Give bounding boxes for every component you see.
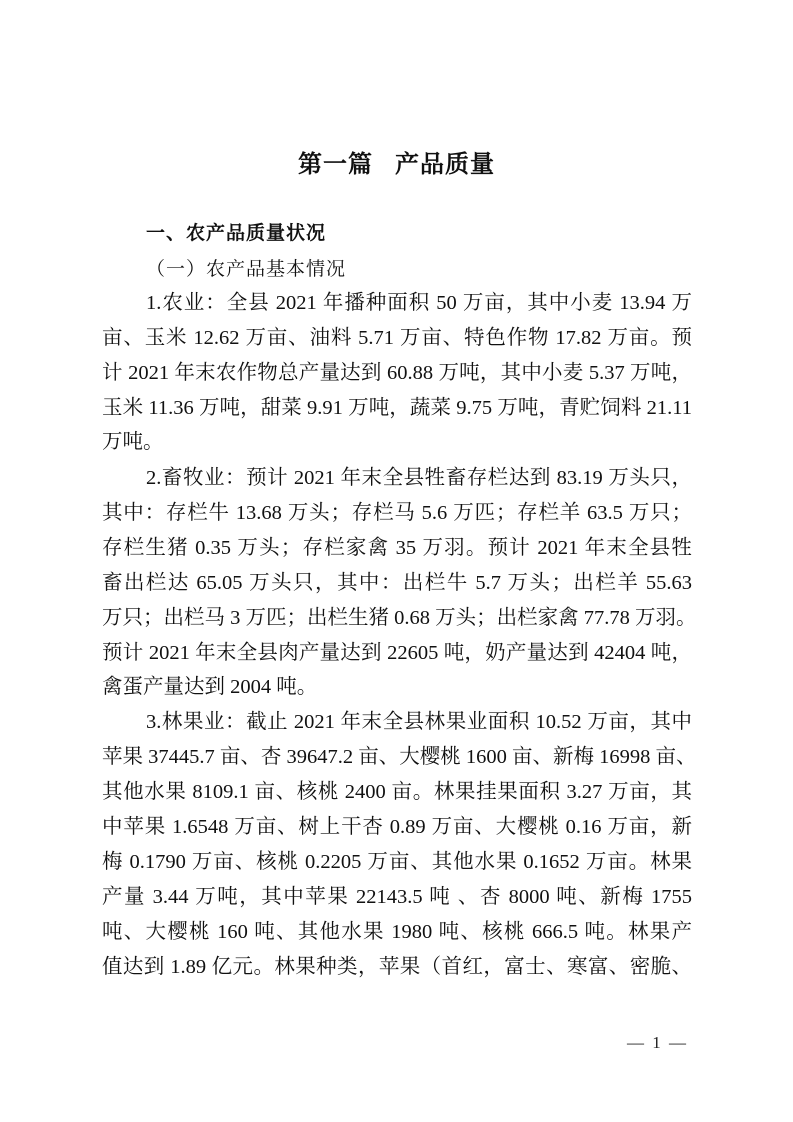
text-line: 中苹果 1.6548 万亩、树上干杏 0.89 万亩、大樱桃 0.16 万亩，新 — [102, 812, 692, 842]
text-line: 3.林果业：截止 2021 年末全县林果业面积 10.52 万亩，其中 — [146, 707, 692, 737]
text-line: 禽蛋产量达到 2004 吨。 — [102, 672, 692, 702]
text-line: 其他水果 8109.1 亩、核桃 2400 亩。林果挂果面积 3.27 万亩，其 — [102, 777, 692, 807]
text-line: 2.畜牧业：预计 2021 年末全县牲畜存栏达到 83.19 万头只， — [146, 463, 692, 493]
subsection-heading: （一）农产品基本情况 — [146, 254, 346, 281]
text-line: 玉米 11.36 万吨，甜菜 9.91 万吨，蔬菜 9.75 万吨，青贮饲料 2… — [102, 393, 692, 423]
text-line: 苹果 37445.7 亩、杏 39647.2 亩、大樱桃 1600 亩、新梅 1… — [102, 742, 692, 772]
text-line: 万吨。 — [102, 427, 692, 457]
chapter-title: 第一篇产品质量 — [0, 144, 793, 179]
text-line: 万只；出栏马 3 万匹；出栏生猪 0.68 万头；出栏家禽 77.78 万羽。 — [102, 603, 692, 633]
chapter-name: 产品质量 — [395, 149, 495, 178]
text-line: 畜出栏达 65.05 万头只，其中：出栏牛 5.7 万头；出栏羊 55.63 — [102, 568, 692, 598]
text-line: 产量 3.44 万吨，其中苹果 22143.5 吨 、杏 8000 吨、新梅 1… — [102, 882, 692, 912]
text-line: 预计 2021 年末全县肉产量达到 22605 吨，奶产量达到 42404 吨， — [102, 638, 692, 668]
text-line: 1.农业：全县 2021 年播种面积 50 万亩，其中小麦 13.94 万 — [146, 288, 692, 318]
text-line: 计 2021 年末农作物总产量达到 60.88 万吨，其中小麦 5.37 万吨， — [102, 358, 692, 388]
text-line: 吨、大樱桃 160 吨、其他水果 1980 吨、核桃 666.5 吨。林果产 — [102, 917, 692, 947]
text-line: 其中：存栏牛 13.68 万头；存栏马 5.6 万匹；存栏羊 63.5 万只； — [102, 498, 692, 528]
page-number: — 1 — — [627, 1033, 688, 1053]
text-line: 存栏生猪 0.35 万头；存栏家禽 35 万羽。预计 2021 年末全县牲 — [102, 533, 692, 563]
chapter-number: 第一篇 — [298, 149, 373, 178]
section-heading: 一、农产品质量状况 — [146, 218, 326, 245]
document-page: 第一篇产品质量 一、农产品质量状况 （一）农产品基本情况 1.农业：全县 202… — [0, 0, 793, 1122]
text-line: 梅 0.1790 万亩、核桃 0.2205 万亩、其他水果 0.1652 万亩。… — [102, 847, 692, 877]
text-line: 值达到 1.89 亿元。林果种类，苹果（首红，富士、寒富、密脆、 — [102, 952, 692, 982]
text-line: 亩、玉米 12.62 万亩、油料 5.71 万亩、特色作物 17.82 万亩。预 — [102, 323, 692, 353]
